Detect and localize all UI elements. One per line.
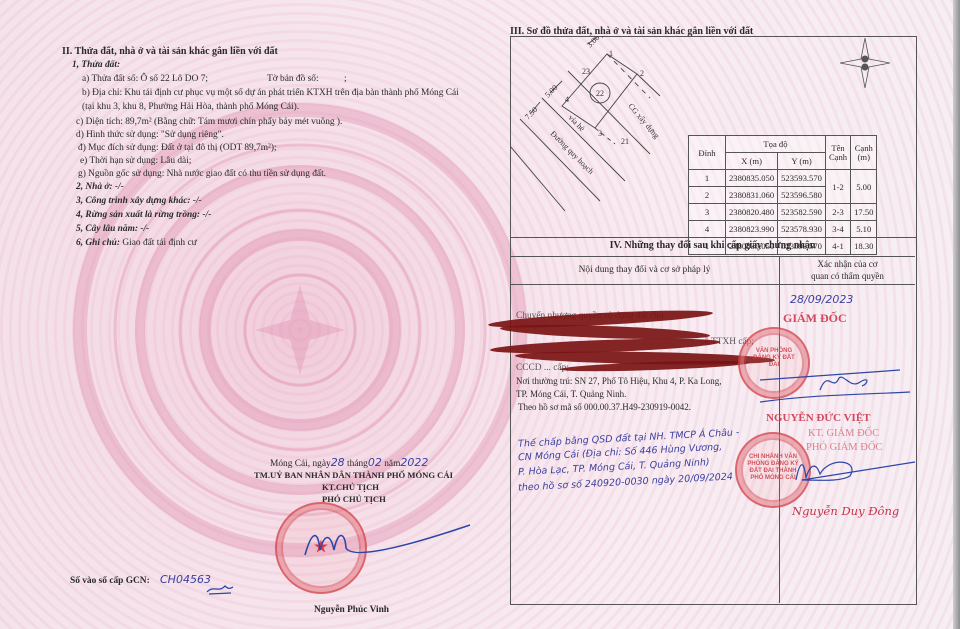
col-confirm-header: Xác nhận của cơ quan có thẩm quyền bbox=[780, 258, 915, 282]
entry1-title: GIÁM ĐỐC bbox=[783, 312, 847, 325]
house: 2, Nhà ở: -/- bbox=[76, 181, 124, 194]
col-x: X (m) bbox=[726, 153, 778, 170]
column-divider bbox=[779, 256, 780, 603]
signature-vice-chair bbox=[300, 520, 475, 565]
page-edge bbox=[953, 0, 960, 629]
initials-mark bbox=[205, 582, 235, 596]
section2-heading: II. Thửa đất, nhà ở và tài sản khác gắn … bbox=[62, 45, 278, 58]
table-row: 4 2380823.990 523578.930 3-4 5.10 bbox=[689, 221, 877, 238]
signature-deputy-director bbox=[790, 450, 920, 490]
vertex-2: 2 bbox=[640, 69, 644, 78]
vice-chair-name: Nguyễn Phúc Vinh bbox=[314, 604, 389, 617]
place-date-prefix: Móng Cái, ngày bbox=[270, 459, 331, 469]
entry2-role1: KT. GIÁM ĐỐC bbox=[808, 427, 879, 440]
register-value: CH04563 bbox=[160, 573, 211, 586]
compass-rose-icon bbox=[840, 38, 890, 88]
note: 6, Ghi chú: Giao đất tái định cư bbox=[76, 237, 197, 250]
table-row: 3 2380820.480 523582.590 2-3 17.50 bbox=[689, 204, 877, 221]
col-y: Y (m) bbox=[778, 153, 826, 170]
map-sheet-label: Tờ bản đồ số: bbox=[267, 73, 319, 86]
parcel-number-label: 22 bbox=[596, 89, 604, 98]
road-label: Đường quy hoạch bbox=[549, 129, 596, 176]
note-value: Giao đất tái định cư bbox=[122, 238, 196, 248]
year-label: năm bbox=[384, 459, 400, 469]
parcel-number: a) Thửa đất số: Ô số 22 Lô DO 7; bbox=[82, 73, 208, 86]
col-edge-name: Tên Cạnh bbox=[825, 136, 850, 170]
col-edge-length: Cạnh (m) bbox=[851, 136, 877, 170]
map-sheet-value: ; bbox=[344, 73, 347, 86]
dim-3-00: 3.00 bbox=[585, 36, 601, 49]
register-label: Số vào sổ cấp GCN: bbox=[70, 575, 150, 588]
area: c) Diện tích: 89,7m² (Bằng chữ: Tám mươi… bbox=[76, 116, 342, 129]
vertex-4: 4 bbox=[565, 95, 569, 104]
vertex-3: 3 bbox=[598, 129, 602, 138]
signature-director bbox=[750, 350, 920, 410]
land-heading: 1, Thửa đất: bbox=[72, 59, 120, 72]
parcel-diagram: 22 23 21 1 2 3 4 3.00 2.00 5.00 7.50 vỉa… bbox=[510, 36, 690, 236]
neighbor-23: 23 bbox=[582, 67, 590, 76]
dim-7-50: 7.50 bbox=[523, 105, 539, 121]
entry1-residence-line1: Nơi thường trú: SN 27, Phố Tô Hiệu, Khu … bbox=[516, 375, 721, 388]
forest: 4, Rừng sản xuất là rừng trồng: -/- bbox=[76, 209, 211, 222]
vertex-1: 1 bbox=[609, 49, 613, 58]
land-origin: g) Nguồn gốc sử dụng: Nhà nước giao đất … bbox=[78, 168, 326, 181]
section4-heading: IV. Những thay đổi sau khi cấp giấy chứn… bbox=[510, 236, 915, 257]
other-works: 3, Công trình xây dựng khác: -/- bbox=[76, 195, 202, 208]
usage-form: d) Hình thức sử dụng: "Sử dụng riêng". bbox=[76, 129, 224, 142]
address-line1: b) Địa chỉ: Khu tái định cư phục vụ một … bbox=[82, 87, 459, 100]
month-label: tháng bbox=[347, 459, 368, 469]
col-coord: Tọa độ bbox=[726, 136, 826, 153]
table-row: 1 2380835.050 523593.570 1-2 5.00 bbox=[689, 170, 877, 187]
sign-month: 02 bbox=[368, 456, 382, 469]
entry1-date: 28/09/2023 bbox=[790, 293, 853, 306]
col-content-header: Nội dung thay đổi và cơ sở pháp lý bbox=[510, 256, 779, 284]
sign-year: 2022 bbox=[400, 456, 428, 469]
build-line-label: CG xây dựng bbox=[626, 102, 661, 141]
entry1-file-number: Theo hồ sơ mã số 000.00.37.H49-230919-00… bbox=[518, 401, 691, 414]
entry2-signer: Nguyễn Duy Đông bbox=[792, 505, 899, 518]
perennial-trees: 5, Cây lâu năm: -/- bbox=[76, 223, 149, 236]
address-line2: (tại khu 3, khu 8, Phường Hải Hòa, thành… bbox=[82, 101, 299, 114]
sidewalk-label: vỉa hè bbox=[567, 113, 587, 133]
note-label: 6, Ghi chú: bbox=[76, 238, 120, 248]
sign-day: 28 bbox=[331, 456, 345, 469]
usage-term: e) Thời hạn sử dụng: Lâu dài; bbox=[80, 155, 191, 168]
usage-purpose: đ) Mục đích sử dụng: Đất ở tại đô thị (O… bbox=[78, 142, 277, 155]
col-vertex: Đỉnh bbox=[689, 136, 726, 170]
entry1-signer: NGUYỄN ĐỨC VIỆT bbox=[766, 412, 871, 425]
neighbor-21: 21 bbox=[621, 137, 629, 146]
entry1-residence-line2: TP. Móng Cái, T. Quảng Ninh. bbox=[516, 388, 626, 401]
